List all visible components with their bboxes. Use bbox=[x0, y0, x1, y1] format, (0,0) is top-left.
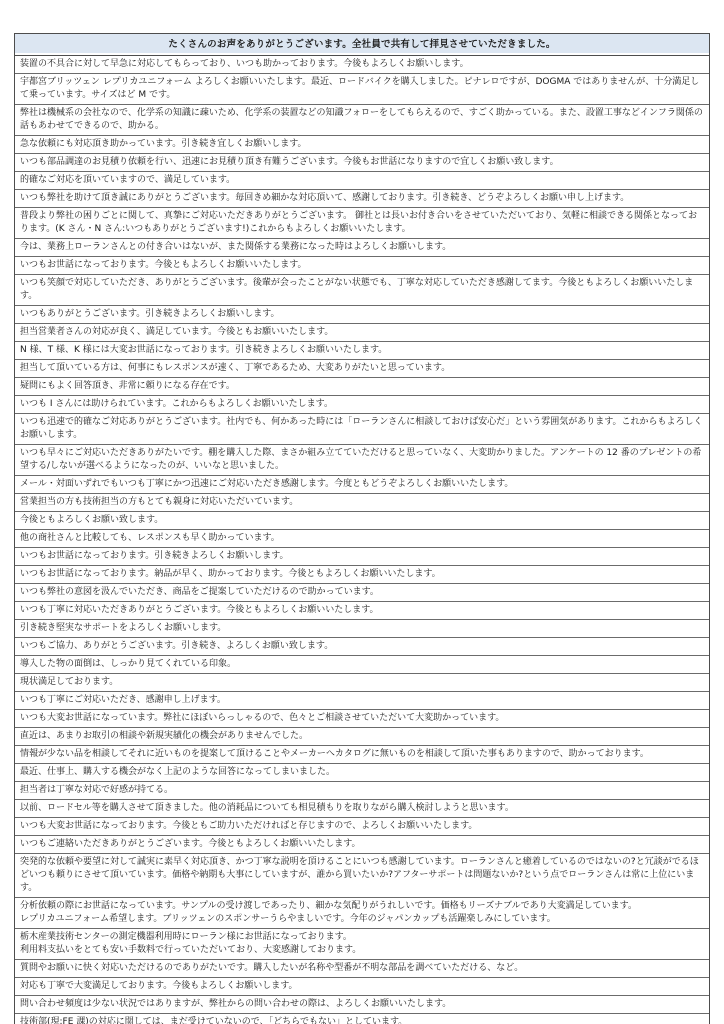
table-row: 突発的な依頼や要望に対して誠実に素早く対応頂き、かつ丁寧な説明を頂けることにいつ… bbox=[15, 854, 709, 898]
table-row: 栃木産業技術センターの測定機器利用時にローラン様にお世話になっております。 利用… bbox=[15, 929, 709, 960]
table-row: 問い合わせ頻度は少ない状況ではありますが、弊社からの問い合わせの際は、よろしくお… bbox=[15, 996, 709, 1014]
table-row: 担当者は丁寧な対応で好感が持てる。 bbox=[15, 782, 709, 800]
table-row: 他の商社さんと比較しても、レスポンスも早く助かっています。 bbox=[15, 530, 709, 548]
feedback-table: たくさんのお声をありがとうございます。全社員で共有して拝見させていただきました。… bbox=[14, 33, 710, 1024]
table-row: 最近、仕事上、購入する機会がなく上記のような回答になってしまいました。 bbox=[15, 764, 709, 782]
table-row: いつも部品調達のお見積り依頼を行い、迅速にお見積り頂き有難うございます。今後もお… bbox=[15, 154, 709, 172]
table-row: 質問やお願いに快く対応いただけるのでありがたいです。購入したいが名称や型番が不明… bbox=[15, 960, 709, 978]
table-row: いつもお世話になっております。引き続きよろしくお願いします。 bbox=[15, 548, 709, 566]
table-row: 導入した物の面倒は、しっかり見てくれている印象。 bbox=[15, 656, 709, 674]
table-row: 技術部(現:FE 課)の対応に関しては、まだ受けていないので、「どちらでもない」… bbox=[15, 1014, 709, 1024]
table-row: いつもご連絡いただきありがとうございます。今後ともよろしくお願いいたします。 bbox=[15, 836, 709, 854]
table-row: いつも大変お世話になっています。弊社にほぼいらっしゃるので、色々とご相談させてい… bbox=[15, 710, 709, 728]
table-row: 以前、ロードセル等を購入させて頂きました。他の消耗品についても相見積もりを取りな… bbox=[15, 800, 709, 818]
table-row: 営業担当の方も技術担当の方もとても親身に対応いただいています。 bbox=[15, 494, 709, 512]
table-row: いつもお世話になっております。今後ともよろしくお願いいたします。 bbox=[15, 257, 709, 275]
table-row: メール・対面いずれでもいつも丁寧にかつ迅速にご対応いただき感謝します。今度ともど… bbox=[15, 476, 709, 494]
table-row: いつもご協力、ありがとうございます。引き続き、よろしくお願い致します。 bbox=[15, 638, 709, 656]
table-row: いつもありがとうございます。引き続きよろしくお願いします。 bbox=[15, 306, 709, 324]
table-row: いつも大変お世話になっております。今後ともご助力いただければと存じますので、よろ… bbox=[15, 818, 709, 836]
table-row: 普段より弊社の困りごとに関して、真摯にご対応いただきありがとうございます。 御社… bbox=[15, 208, 709, 239]
table-row: 現状満足しております。 bbox=[15, 674, 709, 692]
document-page: たくさんのお声をありがとうございます。全社員で共有して拝見させていただきました。… bbox=[0, 0, 724, 1024]
table-row: 疑問にもよく回答頂き、非常に頼りになる存在です。 bbox=[15, 378, 709, 396]
table-row: 弊社は機械系の会社なので、化学系の知識に疎いため、化学系の装置などの知識フォロー… bbox=[15, 105, 709, 136]
table-row: 的確なご対応を頂いていますので、満足しています。 bbox=[15, 172, 709, 190]
table-header-title: たくさんのお声をありがとうございます。全社員で共有して拝見させていただきました。 bbox=[15, 34, 709, 56]
table-row: 急な依頼にも対応頂き助かっています。引き続き宜しくお願いします。 bbox=[15, 136, 709, 154]
table-row: 今後ともよろしくお願い致します。 bbox=[15, 512, 709, 530]
table-row: 宇都宮ブリッツェン レプリカユニフォーム よろしくお願いいたします。最近、ロード… bbox=[15, 74, 709, 105]
table-row: いつも弊社の意図を汲んでいただき、商品をご提案していただけるので助かっています。 bbox=[15, 584, 709, 602]
table-row: N 様、T 様、K 様には大変お世話になっております。引き続きよろしくお願いいた… bbox=[15, 342, 709, 360]
table-body: 装置の不具合に対して早急に対応してもらっており、いつも助かっております。今後もよ… bbox=[15, 56, 709, 1024]
table-row: いつも弊社を助けて頂き誠にありがとうございます。毎回きめ細かな対応頂いて、感謝し… bbox=[15, 190, 709, 208]
table-row: いつも迅速で的確なご対応ありがとうございます。社内でも、何かあった時には「ローラ… bbox=[15, 414, 709, 445]
table-row: いつも丁寧に対応いただきありがとうございます。今後ともよろしくお願いいたします。 bbox=[15, 602, 709, 620]
table-row: いつも丁寧にご対応いただき、感謝申し上げます。 bbox=[15, 692, 709, 710]
table-row: 装置の不具合に対して早急に対応してもらっており、いつも助かっております。今後もよ… bbox=[15, 56, 709, 74]
table-row: いつも I さんには助けられています。これからもよろしくお願いいたします。 bbox=[15, 396, 709, 414]
table-row: いつもお世話になっております。納品が早く、助かっております。今後ともよろしくお願… bbox=[15, 566, 709, 584]
table-row: 担当して頂いている方は、何事にもレスポンスが速く、丁寧であるため、大変ありがたい… bbox=[15, 360, 709, 378]
table-row: 分析依頼の際にお世話になっています。サンプルの受け渡しであったり、細かな気配りが… bbox=[15, 898, 709, 929]
table-row: 引き続き堅実なサポートをよろしくお願いします。 bbox=[15, 620, 709, 638]
table-row: いつも笑顔で対応していただき、ありがとうございます。後輩が会ったことがない状態で… bbox=[15, 275, 709, 306]
table-row: 担当営業者さんの対応が良く、満足しています。今後ともお願いいたします。 bbox=[15, 324, 709, 342]
table-row: 対応も丁寧で大変満足しております。今後もよろしくお願いします。 bbox=[15, 978, 709, 996]
table-row: いつも早々にご対応いただきありがたいです。棚を購入した際、まさか組み立てていただ… bbox=[15, 445, 709, 476]
table-row: 今は、業務上ローランさんとの付き合いはないが、また関係する業務になった時はよろし… bbox=[15, 239, 709, 257]
table-row: 情報が少ない品を相談してそれに近いものを提案して頂けることやメーカーへカタログに… bbox=[15, 746, 709, 764]
table-row: 直近は、あまりお取引の相談や新規実績化の機会がありませんでした。 bbox=[15, 728, 709, 746]
